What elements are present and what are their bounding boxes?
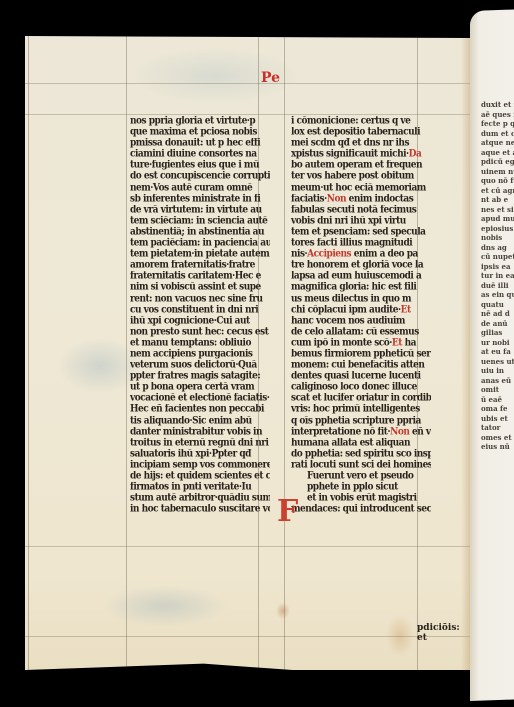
rubric: Non	[327, 194, 346, 205]
text-column-left: nos ppria gloria et virtute·pque maxima …	[130, 116, 270, 515]
rubric: Da	[409, 149, 422, 160]
text-top-ruling	[25, 114, 471, 115]
text-line: us meus dilectus in quo m	[291, 294, 431, 306]
text-line: chi cōplacui ipm audite·Et	[291, 305, 431, 317]
rubric: Et	[401, 305, 411, 316]
text-line: apud mu	[481, 214, 514, 224]
text-line: duē illi	[481, 281, 514, 291]
text-line: nem·Vos autē curam omnē	[130, 183, 270, 195]
text-line: nes et si	[481, 205, 514, 215]
catchword: pdiciōis: et	[417, 623, 471, 643]
text-line: et cū agnū	[481, 186, 514, 196]
manuscript-leaf: Pe nos ppria gloria et virtute·pque maxi…	[25, 36, 471, 670]
running-head: Pe	[261, 70, 280, 86]
rubric: Accipiens	[307, 249, 351, 260]
text-column-right: i cōmonicione: certus q velox est deposi…	[291, 116, 431, 515]
text-line: ipsis ea	[481, 262, 514, 272]
text-line: q oīs pphetia scripture ppria	[291, 416, 431, 428]
text-line: interpretatione nō fit·Non eñ voluntate	[291, 427, 431, 439]
text-line: aque et ama	[481, 148, 514, 158]
text-line: epiosius	[481, 224, 514, 234]
text-line: ū eaē	[481, 395, 514, 405]
text-line: omit	[481, 385, 514, 395]
text-line: quo nō fu	[481, 176, 514, 186]
column-ruling	[284, 36, 285, 670]
text-line: as ein ques	[481, 290, 514, 300]
text-line: do est concupiscencie corruptio	[130, 171, 270, 183]
text-line: pdicū egis	[481, 157, 514, 167]
text-line: uinem nu	[481, 167, 514, 177]
text-line: rent: non vacuos nec sine fru	[130, 294, 270, 306]
column-ruling	[126, 36, 127, 670]
facing-page-text: duxit et reaē ques infecte p quedum et c…	[481, 100, 514, 452]
text-line: in hoc tabernaculo suscitare vos	[130, 504, 270, 516]
text-line: nim si vobiscū assint et supe	[130, 282, 270, 294]
text-line: cū nupet	[481, 252, 514, 262]
text-line: mendaces: qui introducent sectas	[291, 504, 431, 516]
text-line: de anū	[481, 319, 514, 329]
text-line: nē ad d	[481, 309, 514, 319]
text-line: dns ag	[481, 243, 514, 253]
text-line: ur nobi	[481, 338, 514, 348]
text-line: tis aliquando·Sic enim abū	[130, 416, 270, 428]
decorated-initial: F	[277, 497, 305, 527]
margin-ruling	[28, 36, 29, 670]
rubric: Et	[392, 338, 402, 349]
text-line: nt ab e	[481, 195, 514, 205]
text-line: magnifica gloria: hic est fili	[291, 282, 431, 294]
text-line: tator	[481, 423, 514, 433]
text-line: tur in ea	[481, 271, 514, 281]
text-line: vris: hoc primū intelligentes	[291, 404, 431, 416]
text-line: uenes ut	[481, 357, 514, 367]
text-line: quatu	[481, 300, 514, 310]
text-line: fecte p que	[481, 119, 514, 129]
text-line: ter vos habere post obitum	[291, 171, 431, 183]
text-line: omes et	[481, 433, 514, 443]
text-line: eius nū	[481, 442, 514, 452]
text-line: anas eū	[481, 376, 514, 386]
text-line: at eu fa	[481, 347, 514, 357]
text-line: atque neque	[481, 138, 514, 148]
text-line: cu vos constituent in dni nri	[130, 305, 270, 317]
text-line: oma fe	[481, 404, 514, 414]
text-line: Hec eñ facientes non peccabi	[130, 404, 270, 416]
text-line: aē ques in	[481, 110, 514, 120]
text-line: uiu in	[481, 366, 514, 376]
rubric: Non	[390, 427, 409, 438]
text-bottom-ruling	[25, 546, 471, 547]
text-line: meum·ut hoc eciā memoriam	[291, 183, 431, 195]
text-line: gilias	[481, 328, 514, 338]
text-line: ubis et	[481, 414, 514, 424]
text-line: nobis	[481, 233, 514, 243]
text-line: duxit et re	[481, 100, 514, 110]
lower-ruling	[25, 636, 471, 637]
text-line: danter ministrabitur vobis in	[130, 427, 270, 439]
text-line: dum et cum	[481, 129, 514, 139]
head-ruling	[25, 83, 471, 84]
